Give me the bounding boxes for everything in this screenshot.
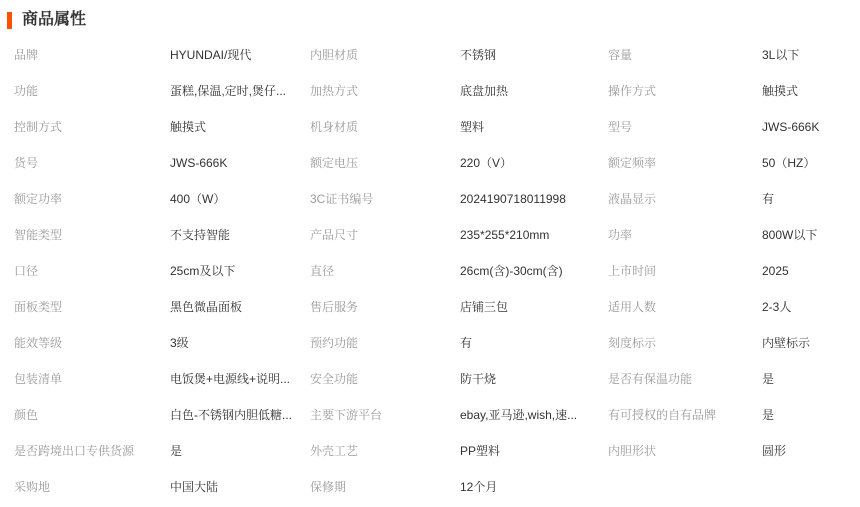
- attribute-label: 控制方式: [14, 109, 170, 145]
- attribute-value: 蛋糕,保温,定时,煲仔...: [170, 73, 310, 109]
- attribute-label: 操作方式: [608, 73, 762, 109]
- attribute-value: 800W以下: [762, 217, 860, 253]
- attribute-value: 触摸式: [170, 109, 310, 145]
- attribute-label: 容量: [608, 37, 762, 73]
- attribute-value: 内壁标示: [762, 325, 860, 361]
- attribute-value: 400（W）: [170, 181, 310, 217]
- attribute-label: 面板类型: [14, 289, 170, 325]
- attribute-value: 有: [460, 325, 608, 361]
- attribute-label: 品牌: [14, 37, 170, 73]
- attribute-value: 2024190718011998: [460, 181, 608, 217]
- attribute-label: 内胆材质: [310, 37, 460, 73]
- attribute-label: 机身材质: [310, 109, 460, 145]
- attribute-value: 220（V）: [460, 145, 608, 181]
- attribute-value: 3L以下: [762, 37, 860, 73]
- page-title: 商品属性: [22, 11, 86, 29]
- attribute-value: HYUNDAI/现代: [170, 37, 310, 73]
- attribute-value: 是: [762, 361, 860, 397]
- attribute-value: 白色-不锈钢内胆低糖...: [170, 397, 310, 433]
- attribute-value: 防干烧: [460, 361, 608, 397]
- attribute-label: 售后服务: [310, 289, 460, 325]
- attribute-value: ebay,亚马逊,wish,速...: [460, 397, 608, 433]
- attribute-label: 产品尺寸: [310, 217, 460, 253]
- attribute-value: 12个月: [460, 469, 608, 505]
- attribute-label: 液晶显示: [608, 181, 762, 217]
- attribute-label: 货号: [14, 145, 170, 181]
- attribute-value: 触摸式: [762, 73, 860, 109]
- attribute-value: 26cm(含)-30cm(含): [460, 253, 608, 289]
- attribute-value: 3级: [170, 325, 310, 361]
- attribute-value: 是: [762, 397, 860, 433]
- attribute-value: 2025: [762, 253, 860, 289]
- attribute-label: 预约功能: [310, 325, 460, 361]
- attribute-label: 直径: [310, 253, 460, 289]
- attribute-label: 功率: [608, 217, 762, 253]
- accent-bar-icon: [7, 12, 12, 29]
- product-attributes-panel: 商品属性 品牌 HYUNDAI/现代 内胆材质 不锈钢 容量 3L以下 功能 蛋…: [0, 0, 860, 507]
- attribute-label: 额定频率: [608, 145, 762, 181]
- attribute-value: 2-3人: [762, 289, 860, 325]
- attribute-label: 是否跨境出口专供货源: [14, 433, 170, 469]
- attribute-label: 包装清单: [14, 361, 170, 397]
- attribute-value: 电饭煲+电源线+说明...: [170, 361, 310, 397]
- attribute-label: 有可授权的自有品牌: [608, 397, 762, 433]
- attribute-value: 25cm及以下: [170, 253, 310, 289]
- attribute-label: 功能: [14, 73, 170, 109]
- attribute-label: 上市时间: [608, 253, 762, 289]
- attribute-label: 口径: [14, 253, 170, 289]
- attribute-value: JWS-666K: [762, 109, 860, 145]
- attribute-label: 采购地: [14, 469, 170, 505]
- attribute-value: 不支持智能: [170, 217, 310, 253]
- attribute-label: 内胆形状: [608, 433, 762, 469]
- attribute-label: 额定功率: [14, 181, 170, 217]
- attribute-label: 3C证书编号: [310, 181, 460, 217]
- attribute-label: 颜色: [14, 397, 170, 433]
- attribute-value: 不锈钢: [460, 37, 608, 73]
- attribute-value: 235*255*210mm: [460, 217, 608, 253]
- attribute-label: 能效等级: [14, 325, 170, 361]
- attribute-label: 安全功能: [310, 361, 460, 397]
- attribute-label: 是否有保温功能: [608, 361, 762, 397]
- attribute-label: 适用人数: [608, 289, 762, 325]
- attribute-label: 智能类型: [14, 217, 170, 253]
- attribute-value: 是: [170, 433, 310, 469]
- section-header: 商品属性: [0, 0, 860, 30]
- attribute-label: 加热方式: [310, 73, 460, 109]
- attribute-label: 外壳工艺: [310, 433, 460, 469]
- attribute-label: 型号: [608, 109, 762, 145]
- attribute-value: JWS-666K: [170, 145, 310, 181]
- attribute-label: 主要下游平台: [310, 397, 460, 433]
- attributes-table: 品牌 HYUNDAI/现代 内胆材质 不锈钢 容量 3L以下 功能 蛋糕,保温,…: [0, 37, 860, 505]
- attribute-value: 塑料: [460, 109, 608, 145]
- attribute-value: 店铺三包: [460, 289, 608, 325]
- attribute-value: 黑色微晶面板: [170, 289, 310, 325]
- attribute-value: 有: [762, 181, 860, 217]
- attribute-value: 50（HZ）: [762, 145, 860, 181]
- attribute-label: 额定电压: [310, 145, 460, 181]
- attribute-value: PP塑料: [460, 433, 608, 469]
- attribute-label: 刻度标示: [608, 325, 762, 361]
- attribute-value: 中国大陆: [170, 469, 310, 505]
- attribute-value: 圆形: [762, 433, 860, 469]
- attribute-value: 底盘加热: [460, 73, 608, 109]
- attribute-label: 保修期: [310, 469, 460, 505]
